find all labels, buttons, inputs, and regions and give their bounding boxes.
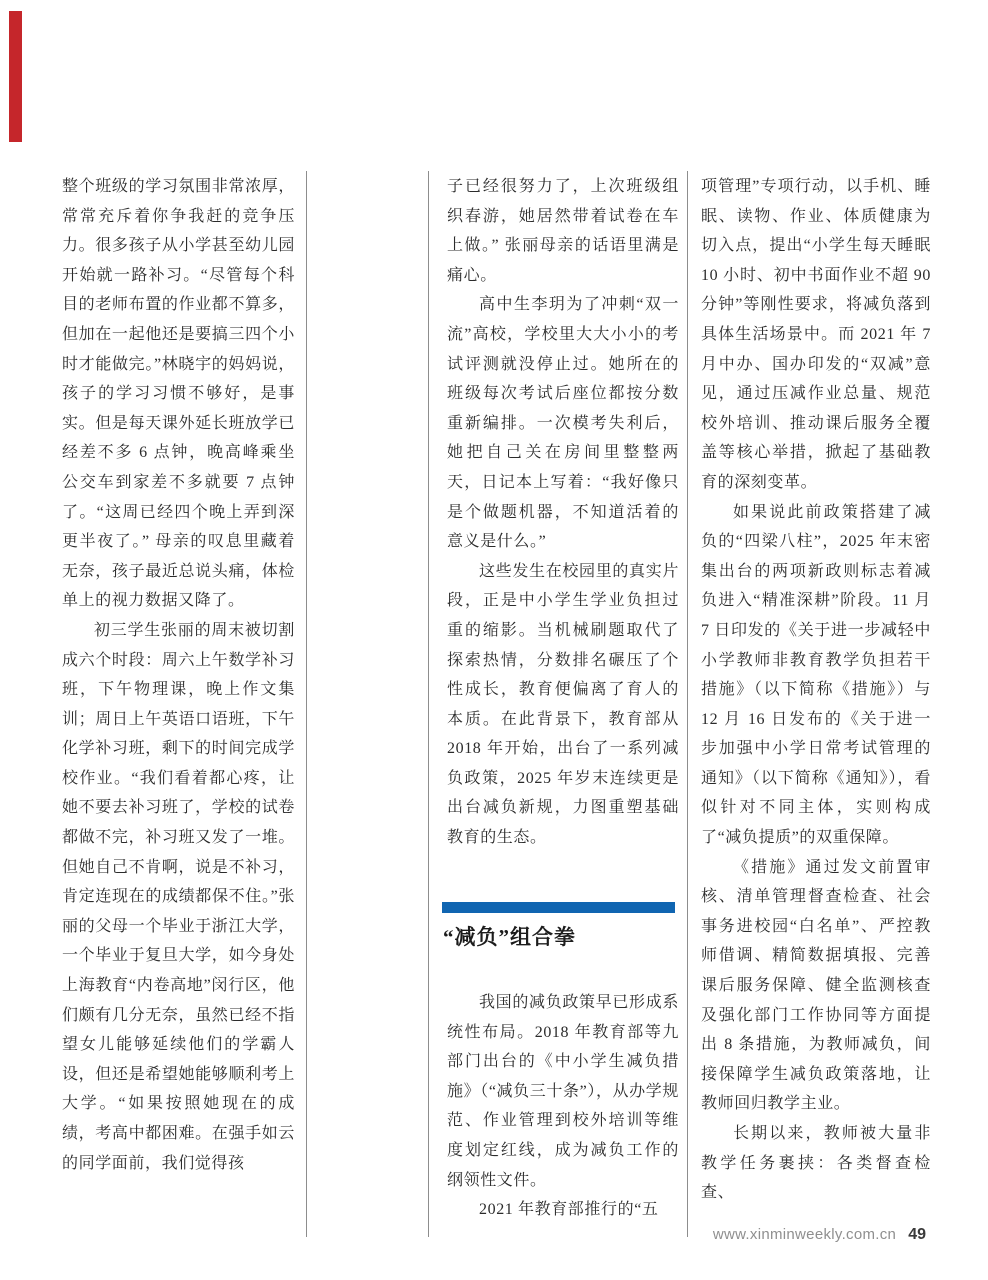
- body-paragraph: 这些发生在校园里的真实片段，正是中小学生学业负担过重的缩影。当机械刷题取代了探索…: [447, 557, 679, 853]
- body-paragraph: 初三学生张丽的周末被切割成六个时段：周六上午数学补习班，下午物理课，晚上作文集训…: [62, 616, 295, 1178]
- column-rule-right: [687, 171, 688, 1237]
- page-footer: www.xinminweekly.com.cn49: [620, 1226, 926, 1244]
- body-paragraph: 高中生李玥为了冲刺“双一流”高校，学校里大大小小的考试评测就没停止过。她所在的班…: [447, 290, 679, 556]
- body-paragraph: 2021 年教育部推行的“五: [447, 1195, 679, 1225]
- column-rule-left: [306, 171, 307, 1237]
- text-column-2-bottom: 我国的减负政策早已形成系统性布局。2018 年教育部等九部门出台的《中小学生减负…: [447, 988, 679, 1225]
- section-heading: “减负”组合拳: [443, 921, 679, 951]
- body-paragraph: 项管理”专项行动，以手机、睡眠、读物、作业、体质健康为切入点，提出“小学生每天睡…: [701, 172, 931, 498]
- body-paragraph: 《措施》通过发文前置审核、清单管理督查检查、社会事务进校园“白名单”、严控教师借…: [701, 853, 931, 1119]
- body-paragraph: 如果说此前政策搭建了减负的“四梁八柱”，2025 年末密集出台的两项新政则标志着…: [701, 498, 931, 853]
- website-url: www.xinminweekly.com.cn: [713, 1226, 896, 1243]
- body-paragraph: 整个班级的学习氛围非常浓厚，常常充斥着你争我赶的竞争压力。很多孩子从小学甚至幼儿…: [62, 172, 295, 616]
- text-column-3: 项管理”专项行动，以手机、睡眠、读物、作业、体质健康为切入点，提出“小学生每天睡…: [701, 172, 931, 1208]
- text-column-1: 整个班级的学习氛围非常浓厚，常常充斥着你争我赶的竞争压力。很多孩子从小学甚至幼儿…: [62, 172, 295, 1178]
- body-paragraph: 我国的减负政策早已形成系统性布局。2018 年教育部等九部门出台的《中小学生减负…: [447, 988, 679, 1195]
- section-heading-bar: [442, 902, 675, 913]
- page-edge-red-tab: [9, 11, 22, 142]
- text-column-2-top: 子已经很努力了，上次班级组织春游，她居然带着试卷在车上做。” 张丽母亲的话语里满…: [447, 172, 679, 853]
- page-number: 49: [908, 1226, 926, 1243]
- body-paragraph: 子已经很努力了，上次班级组织春游，她居然带着试卷在车上做。” 张丽母亲的话语里满…: [447, 172, 679, 290]
- column-rule-middle: [428, 171, 429, 1237]
- body-paragraph: 长期以来，教师被大量非教学任务裹挟：各类督查检查、: [701, 1119, 931, 1208]
